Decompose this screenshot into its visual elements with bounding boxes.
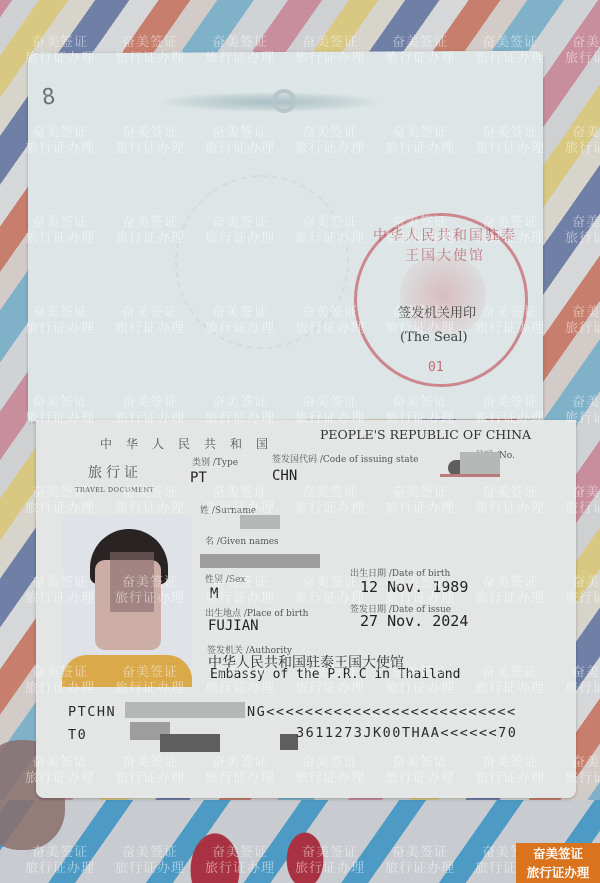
national-emblem-icon: [398, 255, 488, 335]
mrz-line2-start: T0: [68, 727, 87, 743]
watermark-text: 奋美签证旅行证办理: [555, 125, 600, 157]
authority-value-en: Embassy of the P.R.C in Thailand: [210, 667, 460, 682]
country-name-cn: 中华人民共和国: [100, 435, 282, 452]
fabric-background: [0, 800, 600, 883]
seal-label-en: (The Seal): [400, 330, 468, 345]
issuing-state-label: 签发国代码 /Code of issuing state: [272, 452, 419, 465]
watermark-text: 奋美签证旅行证办理: [555, 35, 600, 67]
brand-badge-line2: 旅行证办理: [516, 863, 600, 882]
mrz-line1-end: NG<<<<<<<<<<<<<<<<<<<<<<<<<<: [247, 704, 517, 720]
place-of-birth-value: FUJIAN: [208, 618, 259, 634]
seal-serial: 01: [428, 360, 444, 375]
redacted-surname: [240, 515, 280, 529]
given-names-label: 名 /Given names: [205, 534, 279, 547]
seal-ring-text: 中华人民共和国驻泰王国大使馆: [370, 225, 520, 265]
watermark-text: 奋美签证旅行证办理: [555, 215, 600, 247]
redacted-mrz-number-2: [160, 734, 220, 752]
brand-badge: 奋美签证 旅行证办理: [516, 843, 600, 883]
number-underline: [440, 474, 500, 477]
document-title-en: TRAVEL DOCUMENT: [75, 486, 154, 494]
mrz-line2-end: 3611273JK00THAA<<<<<<70: [296, 725, 517, 741]
type-label: 类别 /Type: [192, 455, 238, 468]
country-name-en: PEOPLE'S REPUBLIC OF CHINA: [320, 427, 531, 442]
sex-value: M: [210, 586, 218, 602]
seal-label-cn: 签发机关用印: [398, 302, 476, 321]
guilloche-pattern: [160, 92, 380, 112]
mrz-line1-start: PTCHN: [68, 704, 116, 720]
redacted-number: [460, 452, 500, 476]
date-of-birth-value: 12 Nov. 1989: [360, 578, 468, 596]
brand-badge-line1: 奋美签证: [516, 844, 600, 863]
type-value: PT: [190, 470, 207, 486]
sex-label: 性别 /Sex: [205, 572, 245, 585]
redacted-given-names: [200, 554, 320, 568]
guilloche-knot-icon: [272, 89, 296, 113]
holder-photo: [62, 515, 192, 687]
watermark-text: 奋美签证旅行证办理: [555, 305, 600, 337]
issuing-state-value: CHN: [272, 468, 297, 484]
document-title-cn: 旅行证: [88, 462, 142, 482]
faint-emblem-background: [175, 175, 349, 349]
redacted-mrz-name: [125, 702, 245, 718]
date-of-issue-value: 27 Nov. 2024: [360, 612, 468, 630]
